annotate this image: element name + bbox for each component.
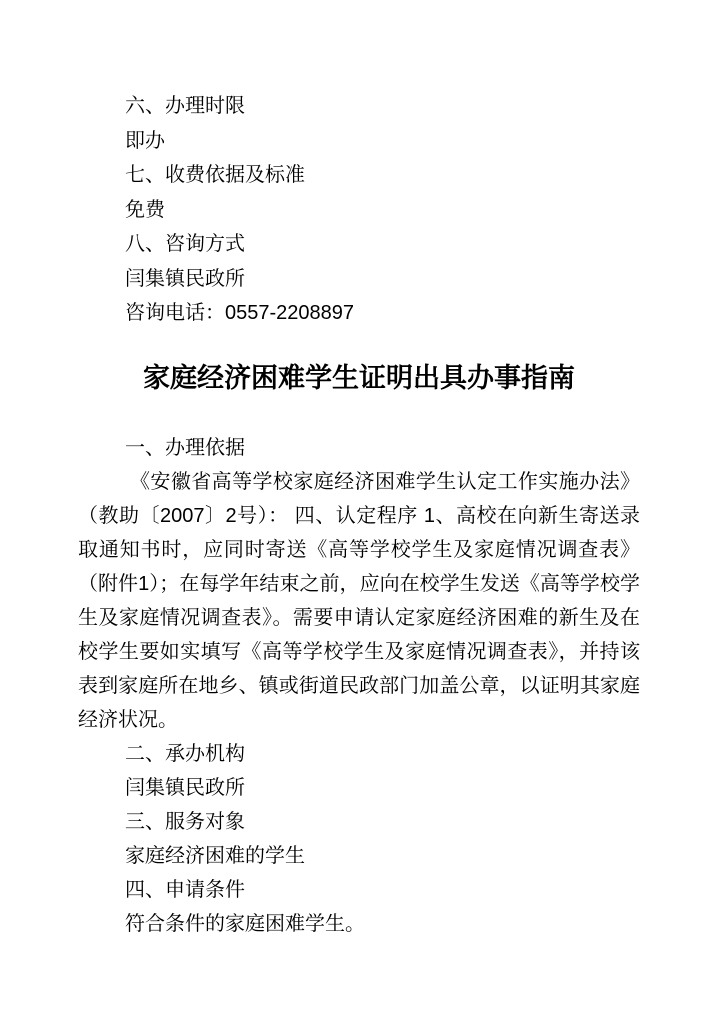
office-name: 闫集镇民政所 [78, 262, 640, 297]
section-4-heading: 四、申请条件 [78, 873, 640, 907]
section-2-body: 闫集镇民政所 [78, 771, 640, 805]
section-4-body: 符合条件的家庭困难学生。 [78, 907, 640, 941]
phone-line: 咨询电话：0557-2208897 [78, 296, 640, 331]
section-1-heading: 一、办理依据 [78, 431, 640, 465]
section-1-body-paragraph: 《安徽省高等学校家庭经济困难学生认定工作实施办法》（教助〔2007〕2号）： 四… [78, 465, 640, 737]
document-page: 六、办理时限 即办 七、收费依据及标准 免费 八、咨询方式 闫集镇民政所 咨询电… [0, 0, 715, 1011]
section-8-heading: 八、咨询方式 [78, 227, 640, 262]
section-2-heading: 二、承办机构 [78, 737, 640, 771]
section-7-heading: 七、收费依据及标准 [78, 158, 640, 193]
guide-body: 一、办理依据 《安徽省高等学校家庭经济困难学生认定工作实施办法》（教助〔2007… [78, 431, 640, 941]
section-3-heading: 三、服务对象 [78, 805, 640, 839]
section-7-body: 免费 [78, 193, 640, 228]
document-title: 家庭经济困难学生证明出具办事指南 [78, 358, 640, 398]
previous-section-tail: 六、办理时限 即办 七、收费依据及标准 免费 八、咨询方式 闫集镇民政所 咨询电… [78, 0, 640, 331]
section-6-heading: 六、办理时限 [78, 89, 640, 124]
section-3-body: 家庭经济困难的学生 [78, 839, 640, 873]
section-6-body: 即办 [78, 124, 640, 159]
